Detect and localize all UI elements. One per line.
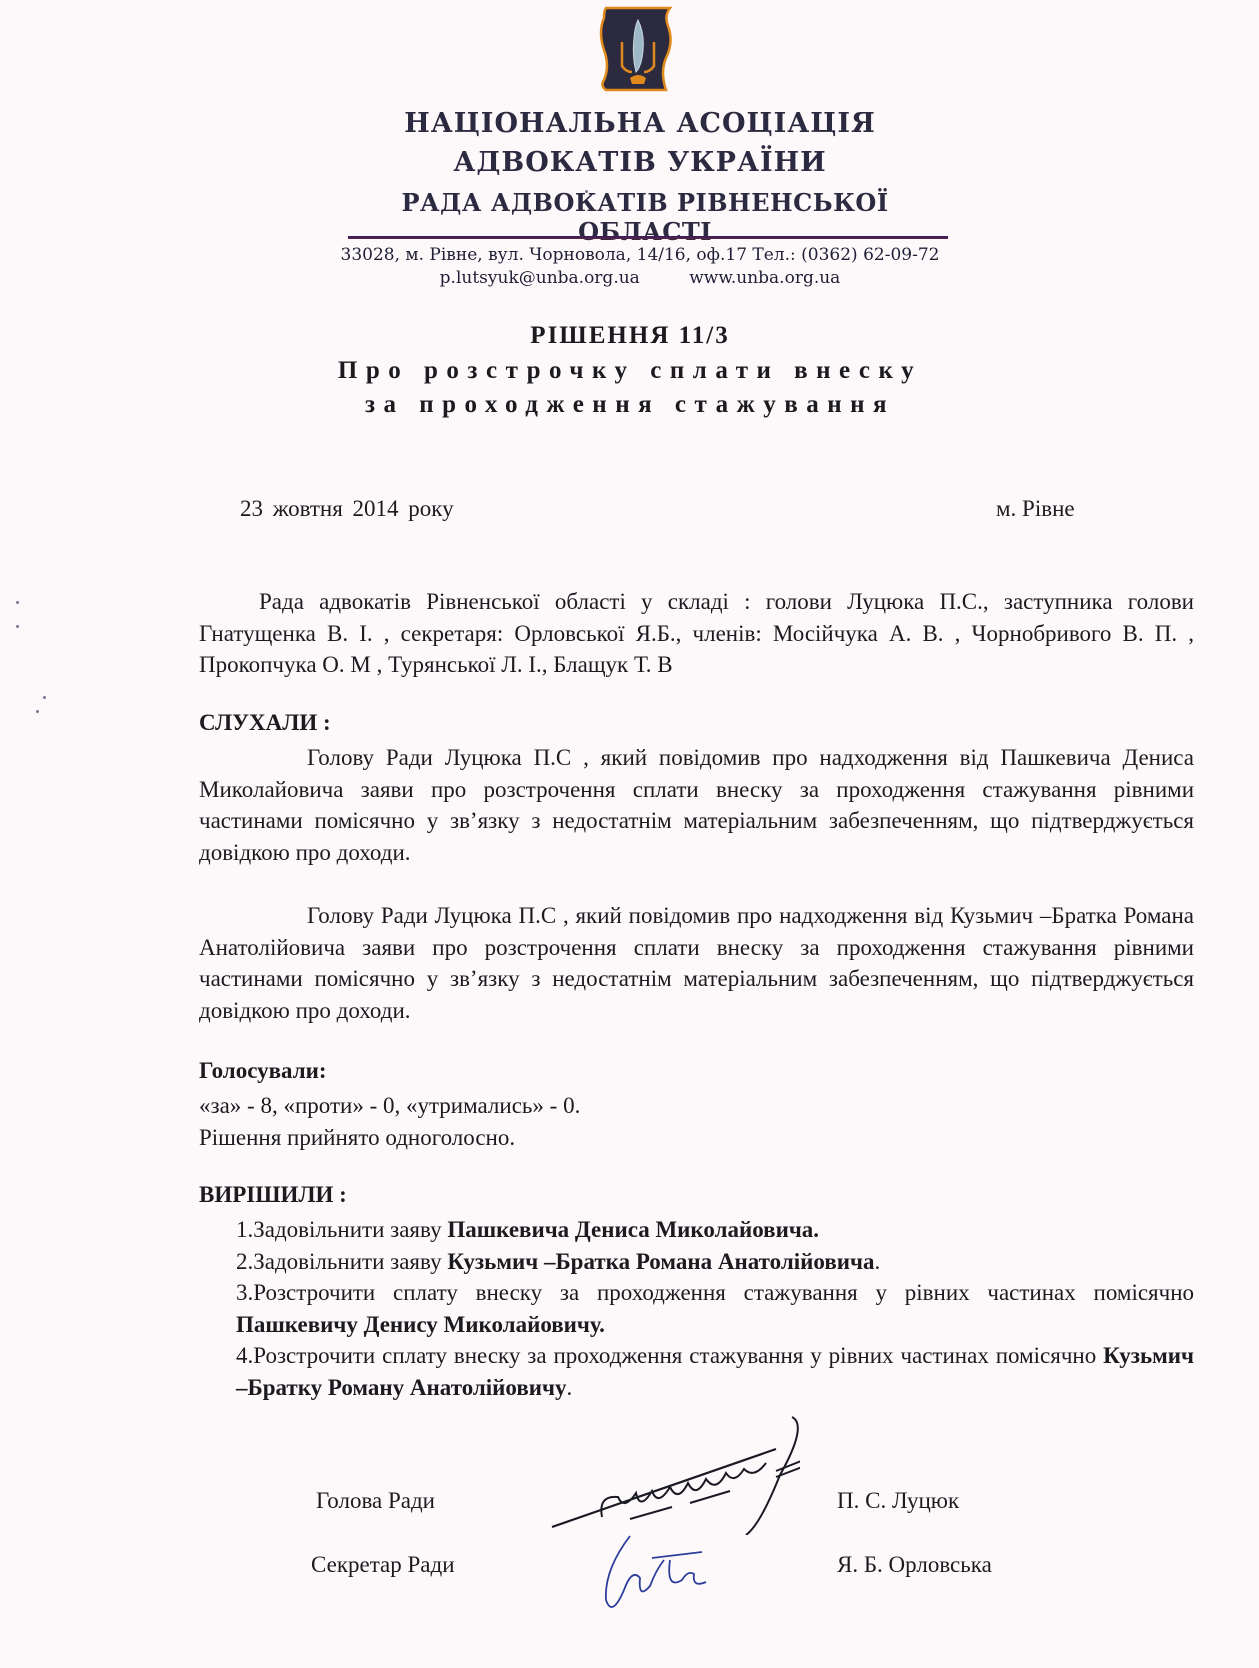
org-name-line2: АДВОКАТІВ УКРАЇНИ xyxy=(340,147,940,178)
voted-heading: Голосували: xyxy=(199,1058,327,1084)
letterhead-divider xyxy=(348,236,948,239)
vote-summary: Рішення прийнято одноголосно. xyxy=(199,1122,580,1154)
scan-speck xyxy=(16,601,19,604)
decision-date: 23 жовтня 2014 року xyxy=(240,496,454,522)
org-address: 33028, м. Рівне, вул. Чорновола, 14/16, … xyxy=(340,245,940,265)
scan-speck xyxy=(36,710,39,713)
decision-city: м. Рівне xyxy=(996,496,1075,522)
signatory-role-chair: Голова Ради xyxy=(316,1488,435,1514)
decision-item: 3.Розстрочити сплату внеску за проходжен… xyxy=(236,1277,1194,1340)
signatory-role-secretary: Секретар Ради xyxy=(311,1552,455,1578)
signatory-name-secretary: Я. Б. Орловська xyxy=(837,1552,992,1578)
org-name-line1: НАЦІОНАЛЬНА АСОЦІАЦІЯ xyxy=(340,108,940,139)
org-website: www.unba.org.ua xyxy=(689,268,840,288)
heard-item: Голову Ради Луцюка П.С , який повідомив … xyxy=(199,742,1194,868)
heard-heading: СЛУХАЛИ : xyxy=(199,710,331,736)
decision-subtitle-line2: за проходження стажування xyxy=(330,391,930,419)
secretary-signature-icon xyxy=(590,1530,720,1625)
intro-text: Рада адвокатів Рівненської області у скл… xyxy=(199,589,1194,677)
org-email: p.lutsyuk@unba.org.ua xyxy=(440,268,640,288)
scan-speck xyxy=(16,625,19,628)
association-logo-icon xyxy=(592,6,676,96)
scan-speck xyxy=(43,696,46,699)
vote-block: «за» - 8, «проти» - 0, «утримались» - 0.… xyxy=(199,1090,580,1154)
vote-result: «за» - 8, «проти» - 0, «утримались» - 0. xyxy=(199,1090,580,1122)
decision-item: 1.Задовільнити заяву Пашкевича Дениса Ми… xyxy=(236,1214,1194,1246)
decision-item: 4.Розстрочити сплату внеску за проходжен… xyxy=(236,1340,1194,1403)
scan-speck xyxy=(585,190,588,193)
council-composition: Рада адвокатів Рівненської області у скл… xyxy=(199,586,1194,681)
chair-signature-icon xyxy=(540,1415,800,1540)
signatory-name-chair: П. С. Луцюк xyxy=(837,1488,959,1514)
heard-item: Голову Ради Луцюка П.С , який повідомив … xyxy=(199,900,1194,1026)
decided-heading: ВИРІШИЛИ : xyxy=(199,1182,347,1208)
decision-subtitle-line1: Про розстрочку сплати внеску xyxy=(330,357,930,385)
decision-item: 2.Задовільнити заяву Кузьмич –Братка Ром… xyxy=(236,1246,1194,1278)
decisions-list: 1.Задовільнити заяву Пашкевича Дениса Ми… xyxy=(236,1214,1194,1403)
decision-title: РІШЕННЯ 11/3 xyxy=(330,322,930,350)
org-contacts: p.lutsyuk@unba.org.ua www.unba.org.ua xyxy=(340,268,940,288)
